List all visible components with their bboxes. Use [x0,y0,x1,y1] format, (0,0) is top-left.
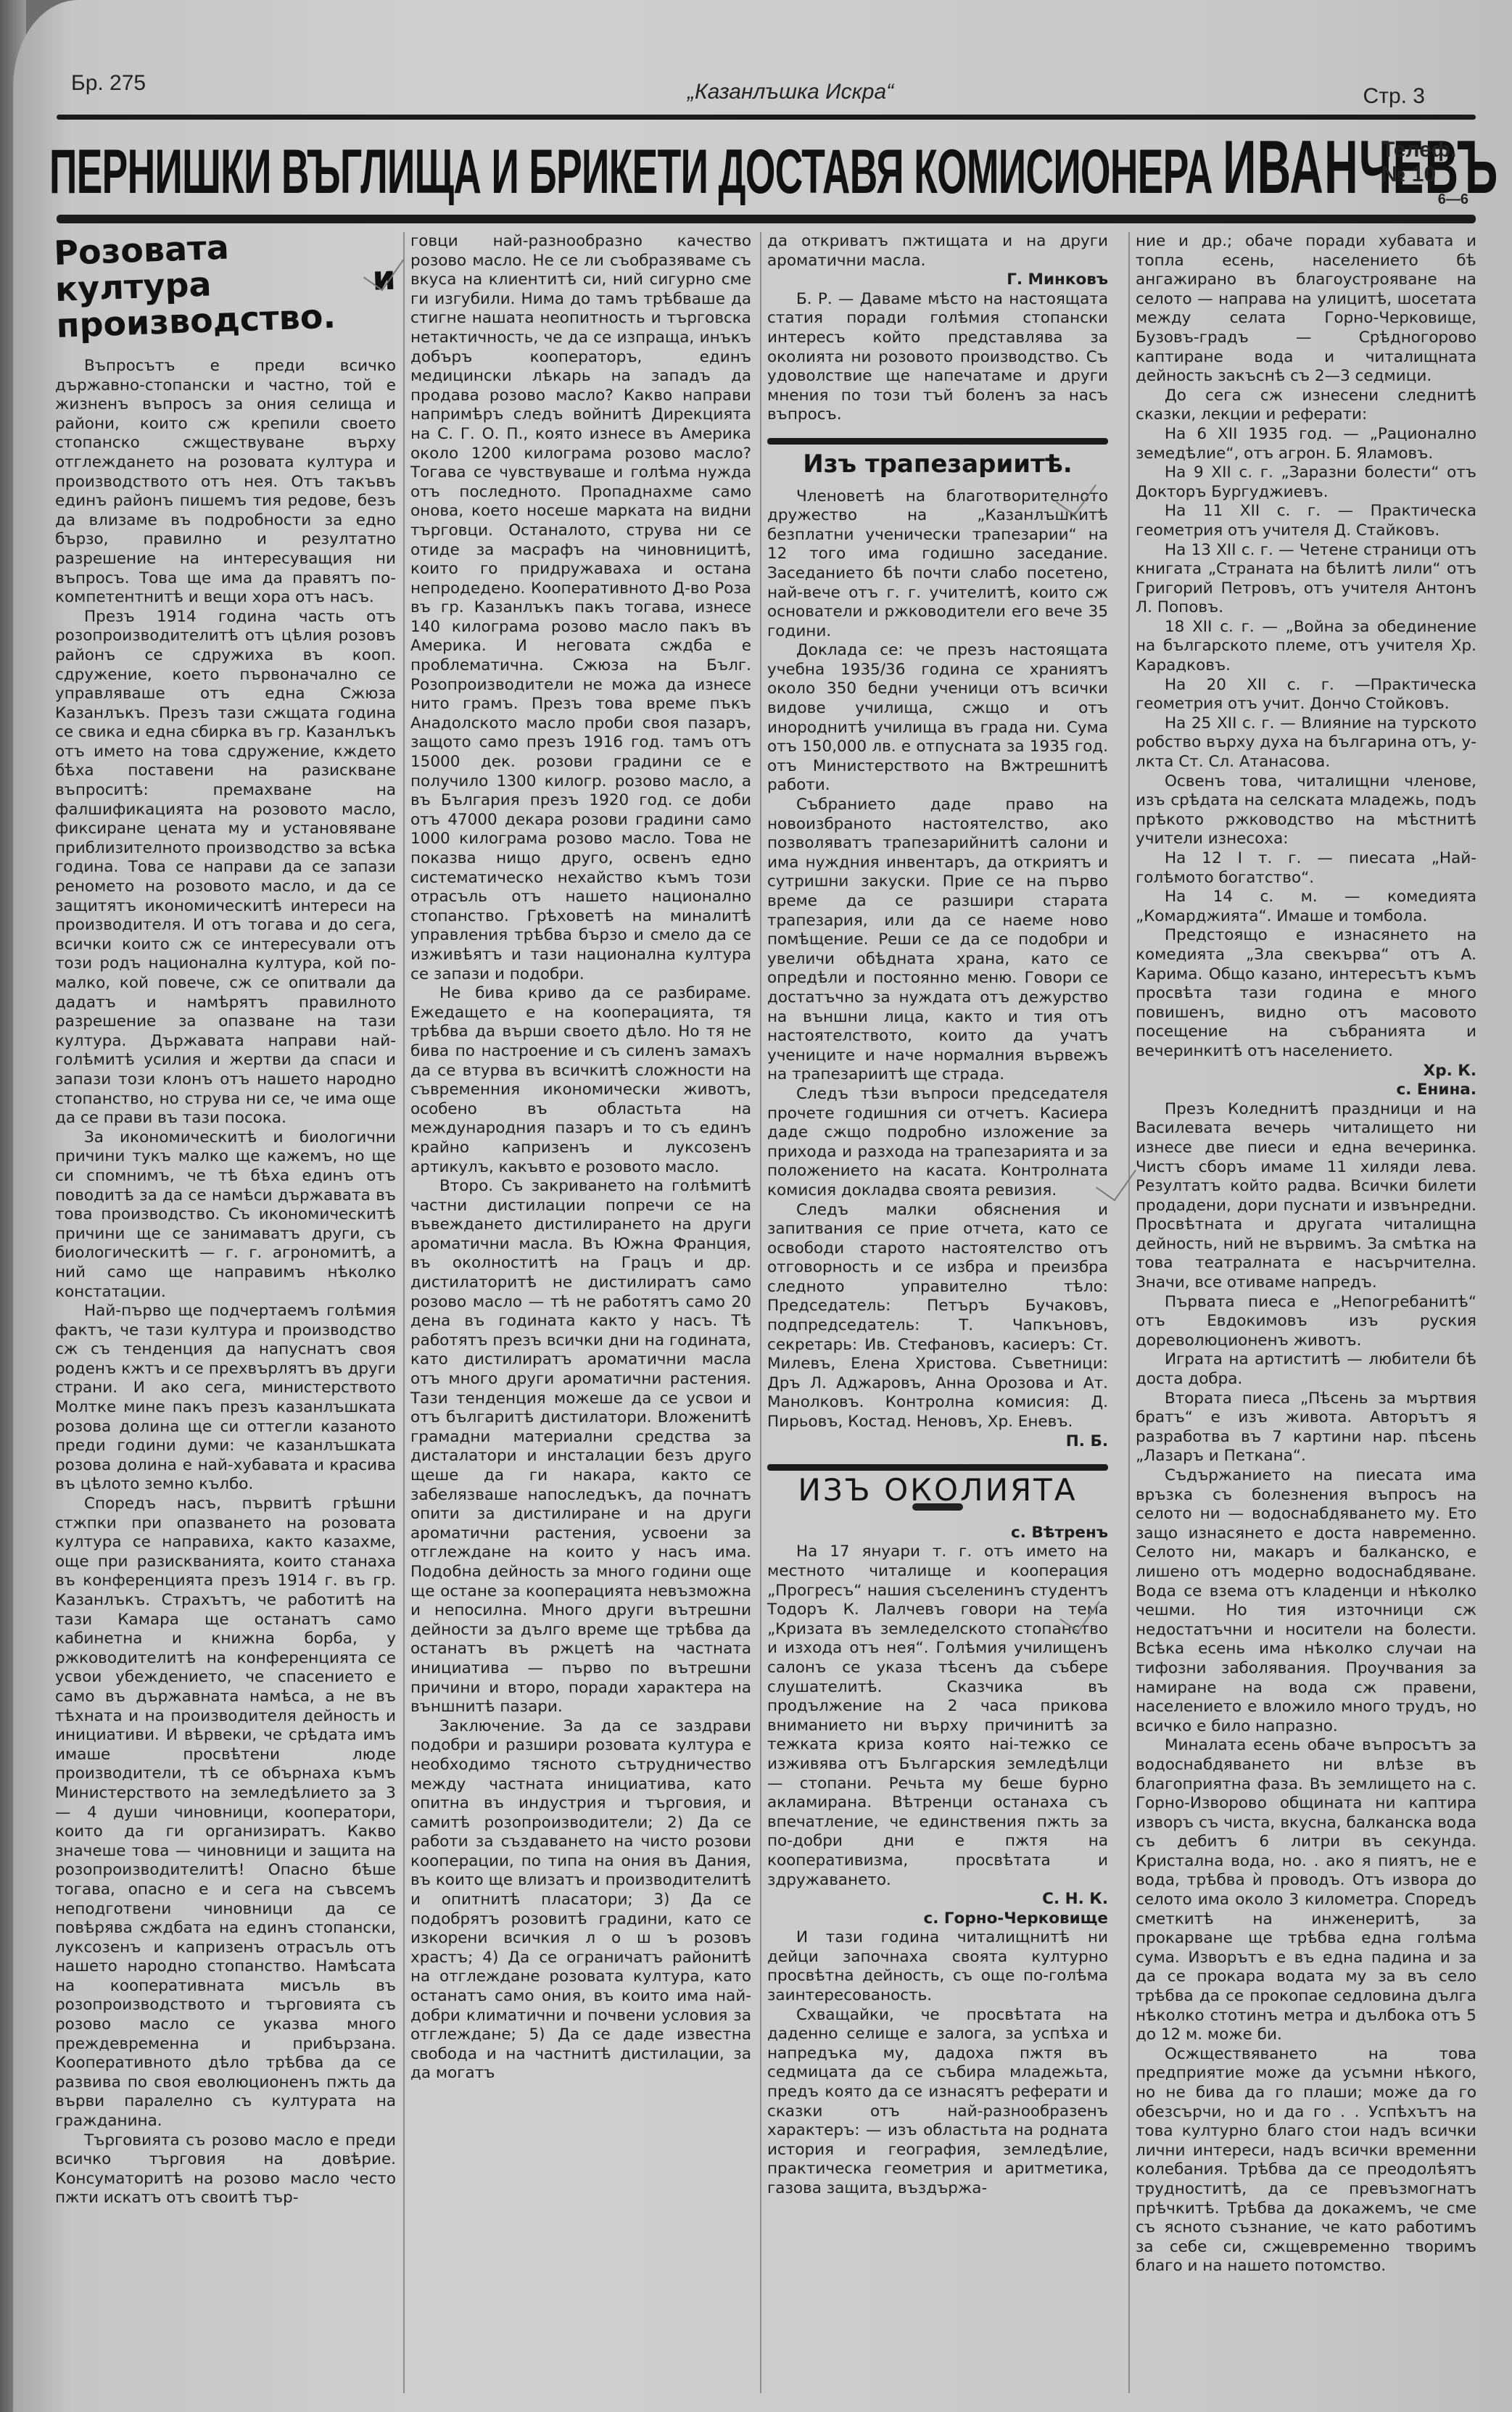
ad-run-count: 6—6 [1381,187,1468,212]
paragraph: На 12 I т. г. — пиесата „Най-голѣмото бо… [1136,849,1476,888]
village-dateline: с. Вѣтренъ [767,1524,1108,1543]
article-title-rose-culture: Розовата култура и производство. [53,223,397,344]
paragraph: Следъ малки обяснения и запитвания се пр… [767,1201,1108,1432]
paragraph: Освенъ това, читалищни членове, изъ срѣд… [1136,772,1476,849]
section-title-district: ИЗЪ ОКОЛИЯТА [767,1481,1108,1500]
author-signature: Хр. К. [1136,1062,1476,1081]
column-4: ние и др.; обаче поради хубавата и топла… [1136,232,1476,2276]
column-3: да откриватъ пжтищата и на други аромати… [767,232,1108,2199]
column-divider [403,232,405,2393]
paragraph: 18 XII с. г. — „Война за обединение на б… [1136,618,1476,676]
paragraph: Споредъ насъ, първитѣ грѣшни стжпки при … [55,1495,396,2131]
column-divider [1128,232,1130,2393]
paragraph: Осжществяването на това предприятие може… [1136,2045,1476,2276]
section-rule [767,438,1108,445]
phone-number: № 10 [1381,162,1468,187]
section-rule [767,1464,1108,1471]
author-signature: Г. Минковъ [767,270,1108,290]
paragraph: За икономическитѣ и биологични причини т… [55,1128,396,1302]
paragraph: Не бива криво да се разбираме. Ежедащето… [410,984,751,1177]
paragraph: На 9 XII с. г. „Заразни болести“ отъ Док… [1136,463,1476,502]
paragraph: Играта на артиститѣ — любители бѣ доста … [1136,1350,1476,1389]
village-dateline: с. Енина. [1136,1081,1476,1100]
author-signature: С. Н. К. [767,1890,1108,1909]
paragraph: Предстоящо е изнасянето на комедията „Зл… [1136,926,1476,1061]
editor-note: Б. Р. — Даваме мѣсто на настоящата стати… [767,290,1108,425]
paragraph: Следъ тѣзи въпроси председателя прочете … [767,1085,1108,1201]
column-divider [760,232,761,2393]
paragraph: Въпросътъ е преди всичко държавно-стопан… [55,357,396,608]
paragraph: Членоветѣ на благотворителното дружество… [767,487,1108,642]
newspaper-page: Бр. 275 „Казанлъшка Искра“ Стр. 3 ПЕРНИШ… [13,0,1512,2412]
village-dateline: с. Горно-Черковище [767,1909,1108,1929]
paragraph: На 13 XII с. г. — Четене страници отъ кн… [1136,541,1476,618]
paragraph: Търговията съ розово масло е преди всичк… [55,2131,396,2208]
paragraph: ние и др.; обаче поради хубавата и топла… [1136,232,1476,387]
paragraph: Презъ 1914 година часть отъ розопроизвод… [55,608,396,1128]
ad-text: ПЕРНИШКИ ВЪГЛИЩА И БРИКЕТИ ДОСТАВЯ КОМИС… [49,137,1213,207]
banner-rule [57,215,1476,223]
paragraph: Съдържанието на пиесата има връзка съ бо… [1136,1466,1476,1736]
page-number: Стр. 3 [1363,84,1425,109]
paragraph: Доклада се: че презъ настоящата учебна 1… [767,641,1108,796]
paragraph: Втората пиеса „Пѣсень за мъртвия братъ“ … [1136,1389,1476,1466]
column-1: Розовата култура и производство. Въпросъ… [55,232,396,2208]
issue-number: Бр. 275 [71,71,146,96]
paragraph: Заключение. За да се заздрави подобри и … [410,1717,751,2083]
paragraph: И тази година читалищнитѣ ни дейци започ… [767,1928,1108,2005]
paragraph: Най-първо ще подчертаемъ голѣмия фактъ, … [55,1302,396,1495]
paragraph: Миналата есень обаче въпросътъ за водосн… [1136,1736,1476,2045]
page-header: Бр. 275 „Казанлъшка Искра“ Стр. 3 [71,71,1425,107]
author-signature: П. Б. [767,1432,1108,1452]
paragraph: На 20 XII с. г. —Практическа геометрия о… [1136,676,1476,714]
paragraph: До сега сж изнесени следнитѣ сказки, лек… [1136,387,1476,425]
paragraph: Събранието даде право на новоизбраното н… [767,796,1108,1085]
column-2: говци най-разнообразно качество розово м… [410,232,751,2083]
paragraph: Презъ Коледнитѣ праздници и на Василеват… [1136,1100,1476,1293]
paragraph: да откриватъ пжтищата и на други аромати… [767,232,1108,270]
paragraph: На 25 XII с. г. — Влияние на турското ро… [1136,714,1476,772]
coal-advertisement-banner: ПЕРНИШКИ ВЪГЛИЩА И БРИКЕТИ ДОСТАВЯ КОМИС… [49,125,889,210]
paragraph: Второ. Съ закриването на голѣмитѣ частни… [410,1177,751,1717]
paragraph: говци най-разнообразно качество розово м… [410,232,751,984]
paragraph: Схващайки, че просвѣтата на даденно сели… [767,2006,1108,2199]
ad-phone: Телеф. № 10 6—6 [1381,138,1468,212]
paragraph: На 6 XII 1935 год. — „Рационално земедѣл… [1136,425,1476,463]
article-title-canteens: Изъ трапезариитѣ. [767,455,1108,474]
paragraph: Първата пиеса е „Непогребанитѣ“ отъ Евдо… [1136,1293,1476,1351]
header-rule [57,115,1476,120]
paragraph: На 11 XII с. г. — Практическа геометрия … [1136,502,1476,540]
newspaper-name: „Казанлъшка Искра“ [687,80,893,104]
paragraph: На 17 януари т. г. отъ името на местното… [767,1542,1108,1890]
paragraph: На 14 с. м. — комедията „Комарджията“. И… [1136,888,1476,926]
phone-label: Телеф. [1381,138,1468,162]
